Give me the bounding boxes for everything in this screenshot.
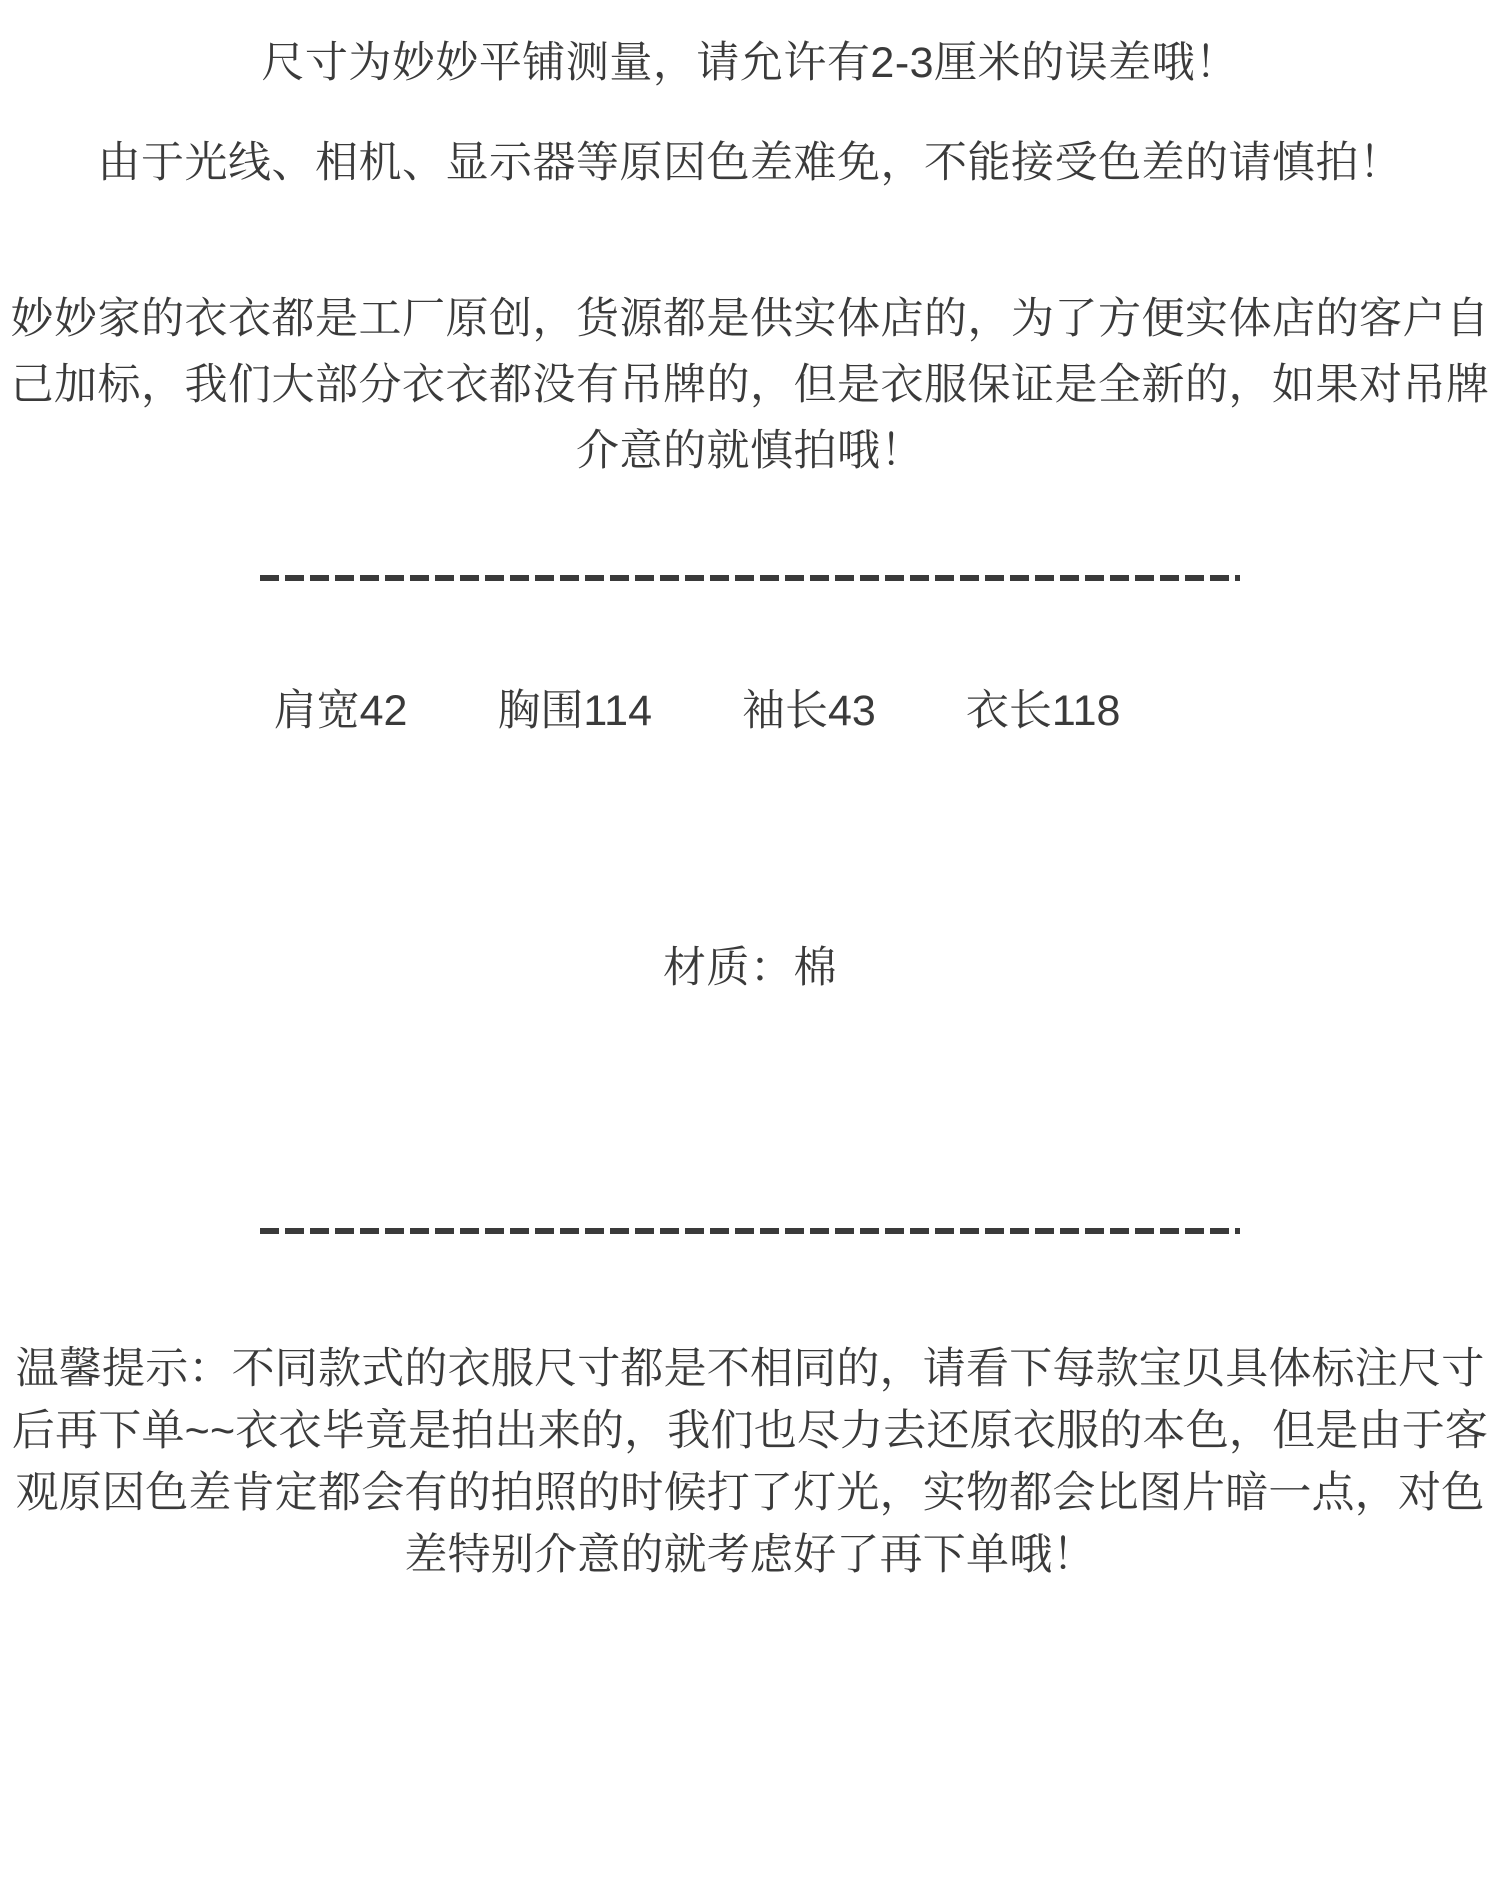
reminder-line-3: 观原因色差肯定都会有的拍照的时候打了灯光，实物都会比图片暗一点，对色 bbox=[0, 1462, 1500, 1524]
measurement-bust: 胸围114 bbox=[497, 678, 652, 744]
notice-factory-line-2: 己加标，我们大部分衣衣都没有吊牌的，但是衣服保证是全新的，如果对吊牌 bbox=[0, 352, 1500, 418]
dashed-divider-top bbox=[260, 575, 1240, 581]
dashed-divider-bottom bbox=[260, 1228, 1240, 1234]
measurement-sleeve-length: 袖长43 bbox=[742, 678, 876, 744]
reminder-line-4: 差特别介意的就考虑好了再下单哦！ bbox=[0, 1524, 1500, 1586]
material-line: 材质：棉 bbox=[0, 935, 1500, 1001]
product-description-page: 尺寸为妙妙平铺测量，请允许有2-3厘米的误差哦！ 由于光线、相机、显示器等原因色… bbox=[0, 0, 1500, 1877]
reminder-paragraph: 温馨提示：不同款式的衣服尺寸都是不相同的，请看下每款宝贝具体标注尺寸 后再下单~… bbox=[0, 1338, 1500, 1586]
notice-factory-line-3: 介意的就慎拍哦！ bbox=[0, 418, 1500, 484]
reminder-line-1: 温馨提示：不同款式的衣服尺寸都是不相同的，请看下每款宝贝具体标注尺寸 bbox=[0, 1338, 1500, 1400]
measurements-row: 肩宽42 胸围114 袖长43 衣长118 bbox=[0, 678, 1447, 744]
notice-color-difference: 由于光线、相机、显示器等原因色差难免，不能接受色差的请慎拍！ bbox=[0, 130, 1500, 196]
measurement-garment-length: 衣长118 bbox=[966, 678, 1121, 744]
notice-factory-line-1: 妙妙家的衣衣都是工厂原创，货源都是供实体店的，为了方便实体店的客户自 bbox=[0, 286, 1500, 352]
reminder-line-2: 后再下单~~衣衣毕竟是拍出来的，我们也尽力去还原衣服的本色，但是由于客 bbox=[0, 1400, 1500, 1462]
notice-size-tolerance: 尺寸为妙妙平铺测量，请允许有2-3厘米的误差哦！ bbox=[0, 30, 1500, 96]
notice-factory-original: 妙妙家的衣衣都是工厂原创，货源都是供实体店的，为了方便实体店的客户自 己加标，我… bbox=[0, 286, 1500, 484]
measurement-shoulder-width: 肩宽42 bbox=[274, 678, 408, 744]
